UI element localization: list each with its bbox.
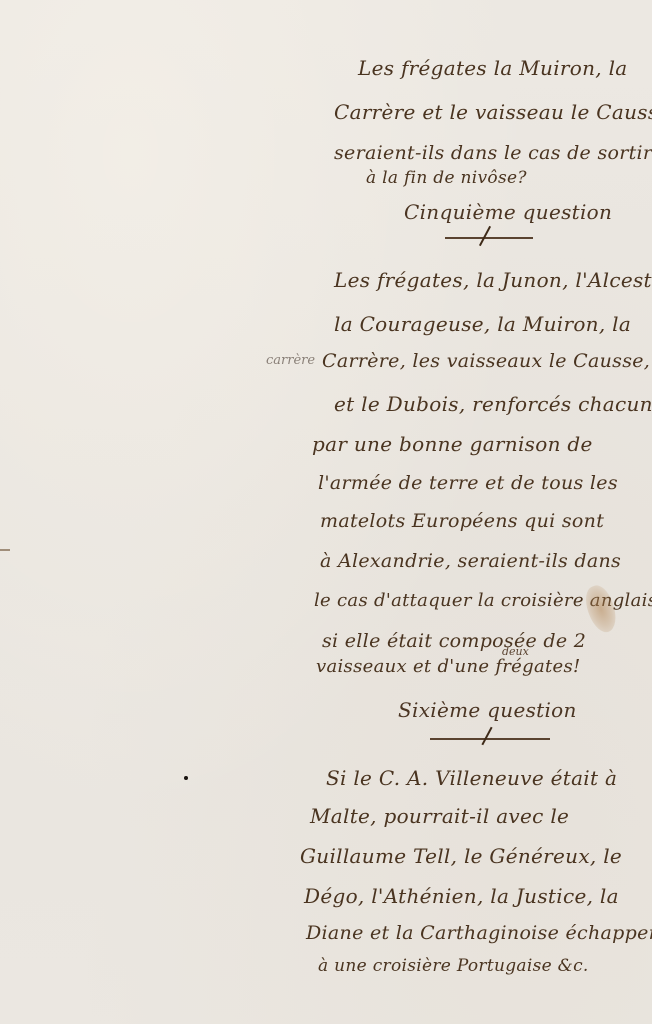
heading-underline xyxy=(430,738,550,740)
text-line: Diane et la Carthaginoise échapper xyxy=(306,924,652,943)
section-heading: Sixième question xyxy=(398,700,577,720)
edge-mark xyxy=(0,549,10,551)
underline-flourish xyxy=(479,226,491,246)
underline-flourish xyxy=(481,727,492,746)
text-line: l'armée de terre et de tous les xyxy=(318,474,618,493)
section-heading: Cinquième question xyxy=(404,202,612,222)
text-line: Les frégates, la Junon, l'Alceste xyxy=(334,270,652,290)
text-line: à une croisière Portugaise &c. xyxy=(318,958,589,975)
text-line: par une bonne garnison de xyxy=(312,434,593,454)
text-line: seraient-ils dans le cas de sortir? xyxy=(334,144,652,163)
text-line: si elle était composée de 2 xyxy=(322,632,586,651)
manuscript-page: Les frégates la Muiron, la Carrère et le… xyxy=(0,0,652,1024)
text-line: à la fin de nivôse? xyxy=(366,170,527,187)
text-line: Carrère et le vaisseau le Causse xyxy=(334,102,652,122)
ink-dot xyxy=(184,776,188,780)
text-line: matelots Européens qui sont xyxy=(320,512,604,531)
text-line: Carrère, les vaisseaux le Causse, xyxy=(322,352,650,371)
heading-underline xyxy=(445,237,533,239)
text-line: Dégo, l'Athénien, la Justice, la xyxy=(304,886,619,906)
text-line: Les frégates la Muiron, la xyxy=(358,58,628,78)
margin-note: carrère xyxy=(266,353,315,368)
text-line: Malte, pourrait-il avec le xyxy=(310,806,569,826)
text-line: à Alexandrie, seraient-ils dans xyxy=(320,552,621,571)
text-line: et le Dubois, renforcés chacun xyxy=(334,394,652,414)
text-line: vaisseaux et d'une frégates! xyxy=(316,658,581,676)
text-line: Si le C. A. Villeneuve était à xyxy=(326,768,617,788)
text-line: la Courageuse, la Muiron, la xyxy=(334,314,631,334)
text-line: Guillaume Tell, le Généreux, le xyxy=(300,846,622,866)
